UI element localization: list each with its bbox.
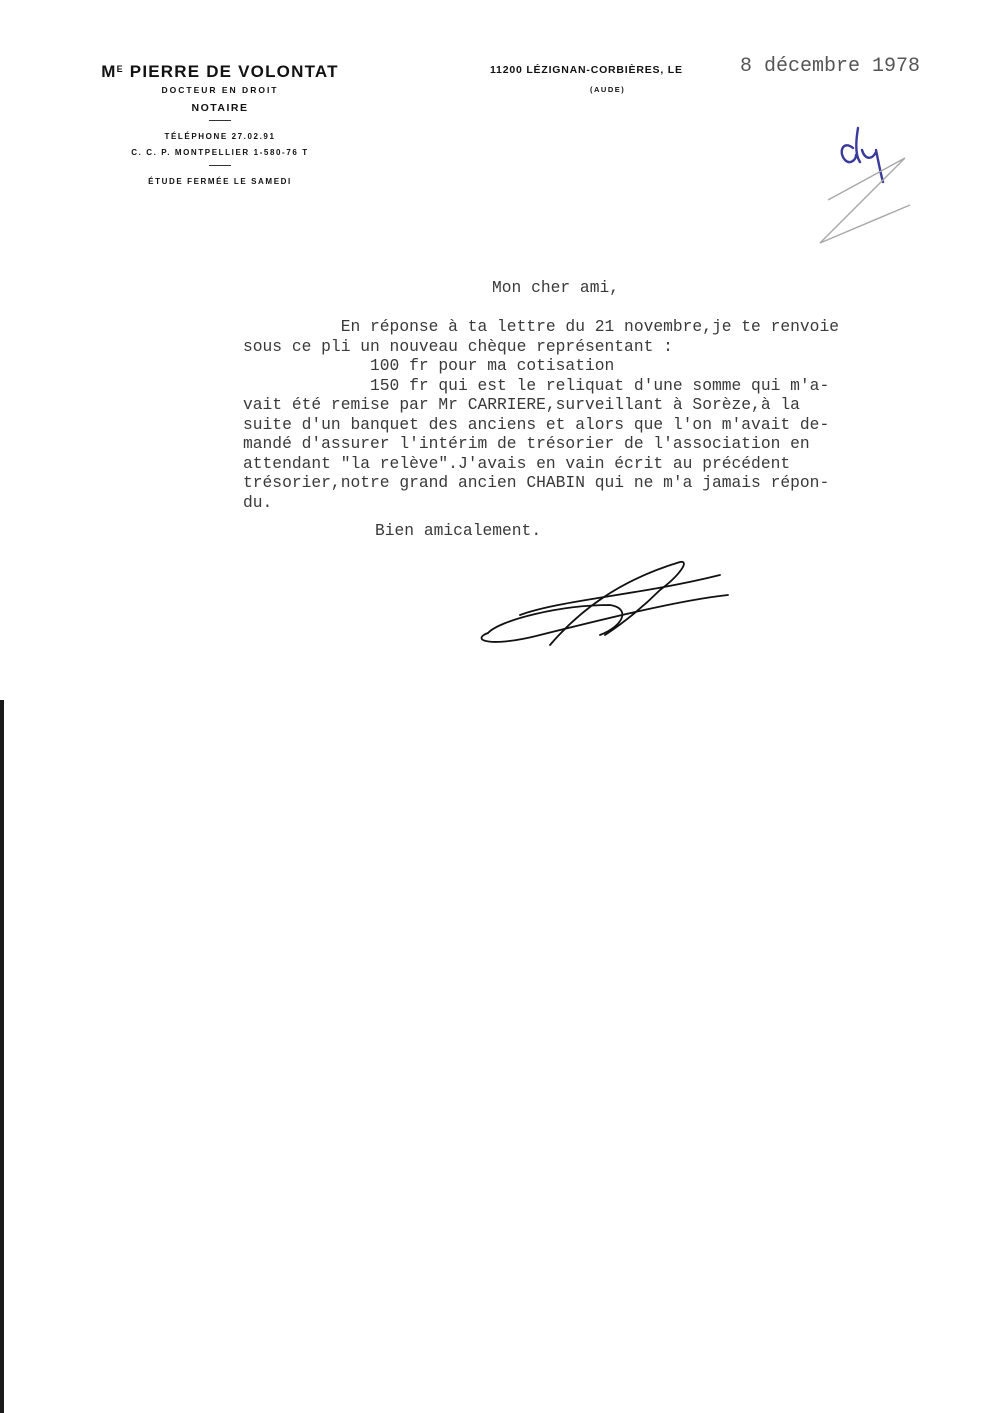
signature-icon	[481, 562, 728, 645]
initials-annotation-icon	[820, 128, 910, 243]
handwriting-overlay	[0, 0, 1000, 1413]
